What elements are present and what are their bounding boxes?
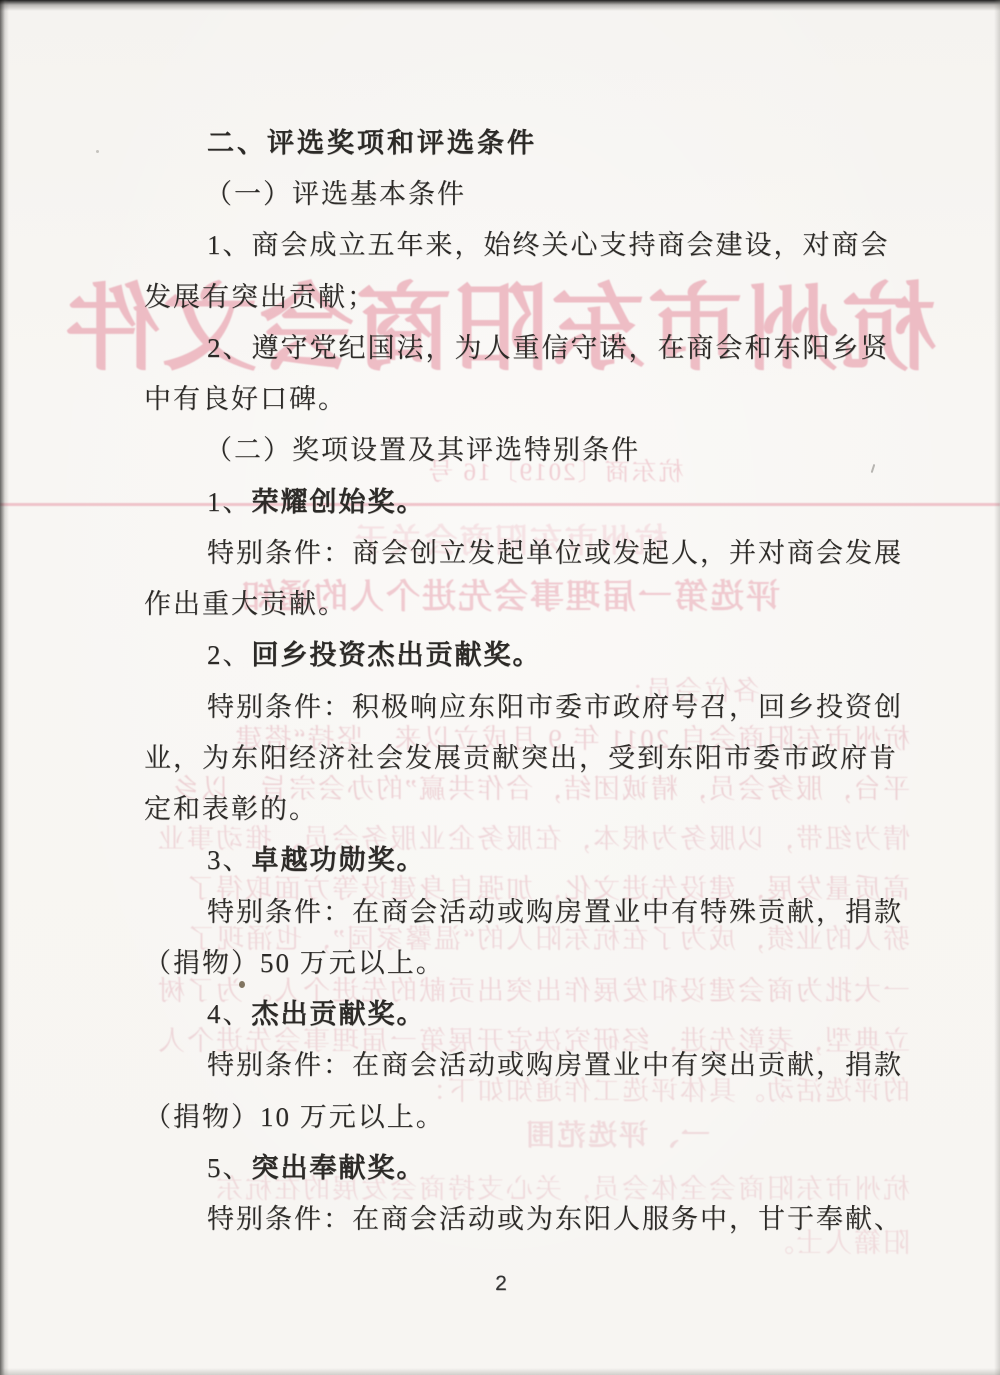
text-line: 特别条件：积极响应东阳市委市政府号召，回乡投资创 [207, 694, 903, 721]
text-line: 2、遵守党纪国法，为人重信守诺，在商会和东阳乡贤 [207, 335, 890, 362]
text-line: 发展有突出贡献； [144, 284, 376, 311]
ink-speck [239, 981, 245, 988]
award-number: 1、 [207, 487, 252, 517]
text-layer: 二、评选奖项和评选条件（一）评选基本条件1、商会成立五年来，始终关心支持商会建设… [0, 0, 1000, 1375]
scan-edge-bottom [0, 1368, 1000, 1375]
document-page: 杭州市东阳商会文件杭东商〔2019〕16 号杭州市东阳商会关于评选第一届理事会先… [0, 0, 1000, 1375]
award-name: 回乡投资杰出贡献奖。 [252, 640, 542, 670]
award-title-line: 1、荣耀创始奖。 [207, 489, 426, 516]
award-name: 荣耀创始奖。 [252, 487, 426, 517]
paper-speck [96, 150, 99, 153]
text-line: 定和表彰的。 [144, 796, 318, 823]
award-number: 2、 [207, 640, 252, 670]
award-number: 3、 [207, 845, 252, 875]
text-line: 特别条件：在商会活动或购房置业中有特殊贡献，捐款 [207, 899, 903, 926]
award-title-line: 4、杰出贡献奖。 [207, 1001, 426, 1028]
text-line: （捐物）50 万元以上。 [144, 950, 445, 977]
text-line: 中有良好口碑。 [144, 386, 347, 413]
section-heading: 二、评选奖项和评选条件 [207, 130, 537, 157]
text-line: （一）评选基本条件 [205, 181, 466, 208]
award-name: 突出奉献奖。 [252, 1153, 426, 1183]
scan-edge-top [0, 0, 1000, 11]
page-number: 2 [481, 1272, 521, 1296]
scan-edge-left [0, 0, 9, 1375]
award-name: 卓越功勋奖。 [252, 845, 426, 875]
award-number: 4、 [207, 999, 252, 1029]
text-line: （二）奖项设置及其评选特别条件 [205, 437, 640, 464]
award-name: 杰出贡献奖。 [252, 999, 426, 1029]
text-line: 特别条件：商会创立发起单位或发起人，并对商会发展 [207, 540, 903, 567]
text-line: 作出重大贡献。 [144, 591, 347, 618]
scan-edge-right [994, 0, 1000, 1375]
text-line: 业，为东阳经济社会发展贡献突出，受到东阳市委市政府肯 [144, 745, 898, 772]
text-line: （捐物）10 万元以上。 [144, 1104, 445, 1131]
text-line: 特别条件：在商会活动或购房置业中有突出贡献，捐款 [207, 1052, 903, 1079]
text-line: 1、商会成立五年来，始终关心支持商会建设，对商会 [207, 232, 890, 259]
award-title-line: 3、卓越功勋奖。 [207, 847, 426, 874]
award-number: 5、 [207, 1153, 252, 1183]
award-title-line: 5、突出奉献奖。 [207, 1155, 426, 1182]
award-title-line: 2、回乡投资杰出贡献奖。 [207, 642, 542, 669]
text-line: 特别条件：在商会活动或为东阳人服务中，甘于奉献、 [207, 1206, 903, 1233]
